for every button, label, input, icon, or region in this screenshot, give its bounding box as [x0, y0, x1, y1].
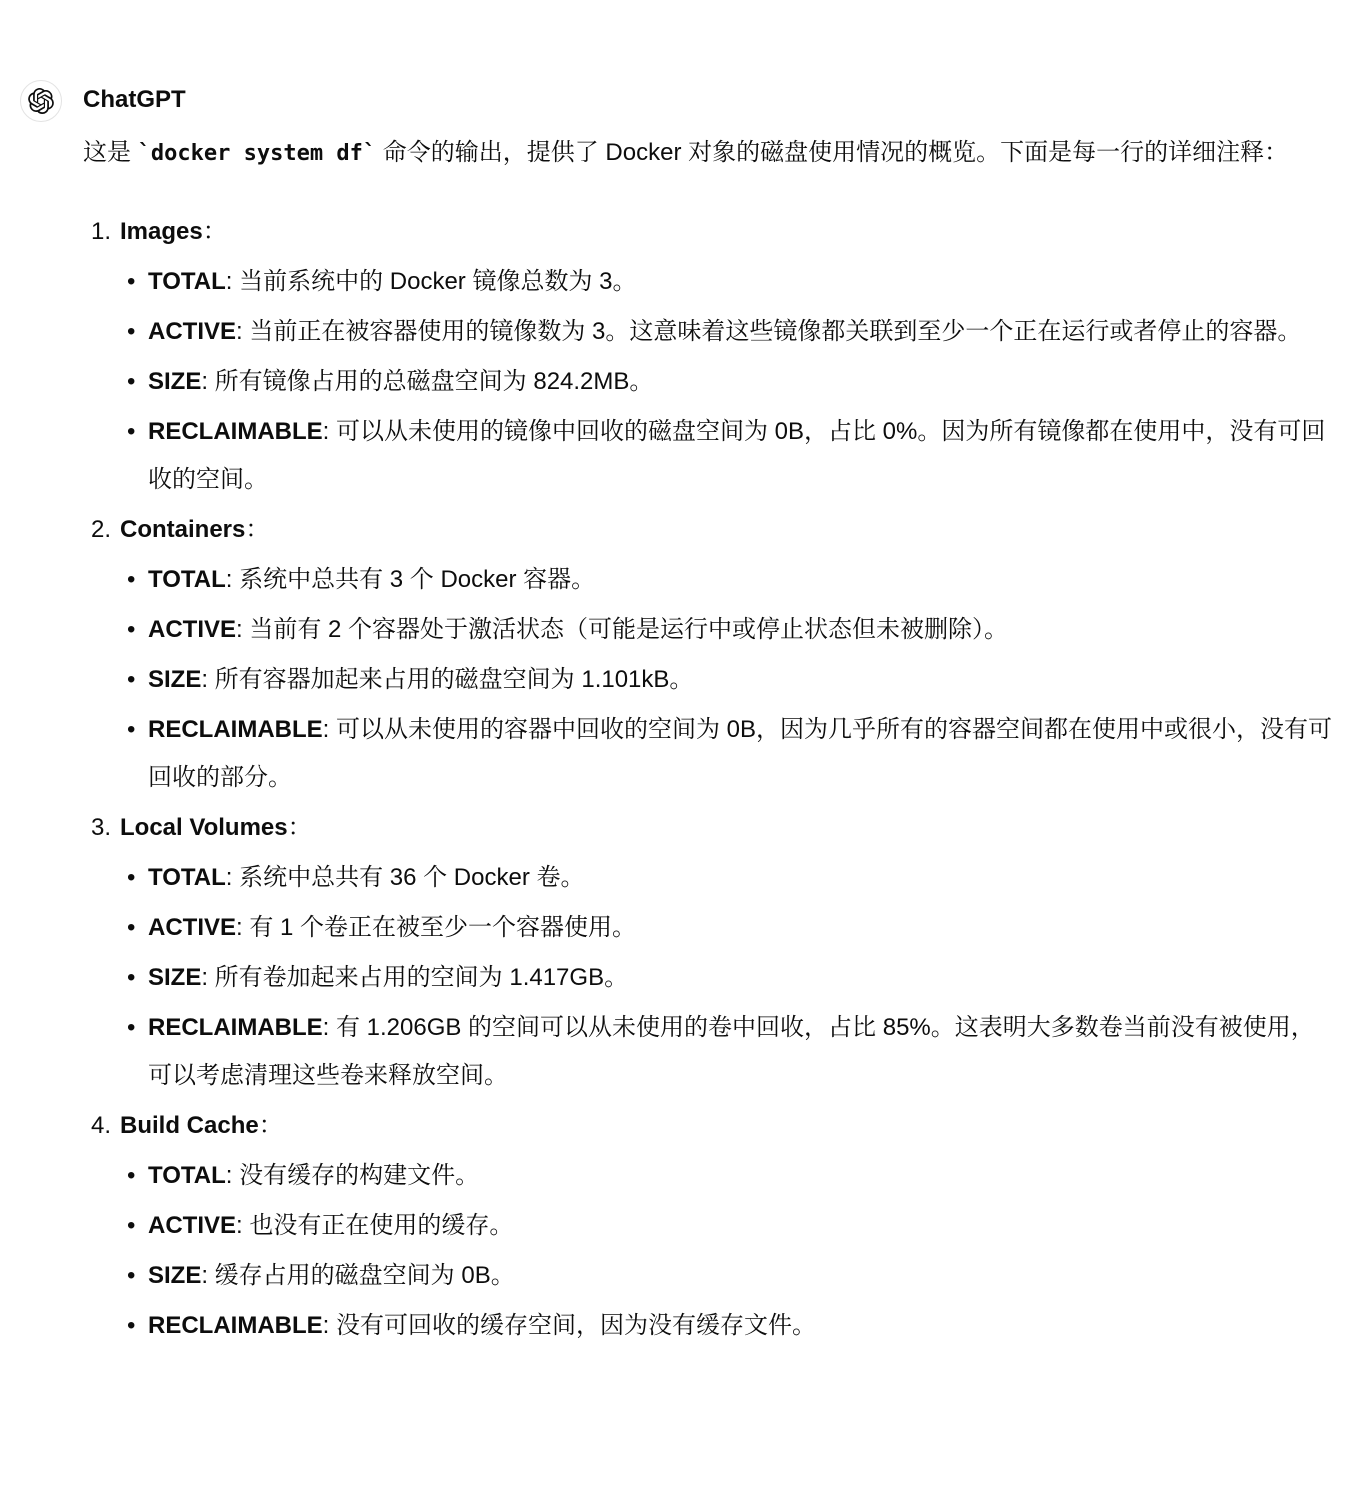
section-head: 4.Build Cache：	[91, 1102, 1335, 1150]
message-body: ChatGPT 这是 `docker system df` 命令的输出，提供了 …	[83, 80, 1335, 1352]
item-desc: : 可以从未使用的容器中回收的空间为 0B，因为几乎所有的容器空间都在使用中或很…	[148, 716, 1332, 791]
section-head: 2.Containers：	[91, 506, 1335, 554]
section-containers: 2.Containers： •TOTAL: 系统中总共有 3 个 Docker …	[91, 506, 1335, 802]
item-term: ACTIVE	[148, 1212, 236, 1239]
inline-code: `docker system df`	[138, 141, 376, 166]
intro-text-after: 命令的输出，提供了 Docker 对象的磁盘使用情况的概览。下面是每一行的详细注…	[376, 139, 1288, 166]
section-head: 1.Images：	[91, 208, 1335, 256]
section-items: •TOTAL: 当前系统中的 Docker 镜像总数为 3。 •ACTIVE: …	[91, 258, 1335, 504]
list-item: •RECLAIMABLE: 有 1.206GB 的空间可以从未使用的卷中回收，占…	[91, 1004, 1335, 1100]
list-item: •ACTIVE: 当前正在被容器使用的镜像数为 3。这意味着这些镜像都关联到至少…	[91, 308, 1335, 356]
list-item: •RECLAIMABLE: 可以从未使用的镜像中回收的磁盘空间为 0B，占比 0…	[91, 408, 1335, 504]
sections-list: 1.Images： •TOTAL: 当前系统中的 Docker 镜像总数为 3。…	[83, 208, 1335, 1350]
section-title: Local Volumes	[120, 814, 288, 841]
bullet-icon: •	[127, 706, 135, 754]
list-item: •ACTIVE: 有 1 个卷正在被至少一个容器使用。	[91, 904, 1335, 952]
item-desc: : 没有缓存的构建文件。	[226, 1162, 479, 1189]
item-desc: : 系统中总共有 36 个 Docker 卷。	[226, 864, 585, 891]
section-head: 3.Local Volumes：	[91, 804, 1335, 852]
bullet-icon: •	[127, 258, 135, 306]
item-desc: : 所有容器加起来占用的磁盘空间为 1.101kB。	[201, 666, 693, 693]
item-desc: : 有 1.206GB 的空间可以从未使用的卷中回收，占比 85%。这表明大多数…	[148, 1014, 1315, 1089]
list-item: •RECLAIMABLE: 没有可回收的缓存空间，因为没有缓存文件。	[91, 1302, 1335, 1350]
section-build-cache: 4.Build Cache： •TOTAL: 没有缓存的构建文件。 •ACTIV…	[91, 1102, 1335, 1350]
section-number: 3.	[91, 804, 111, 852]
item-term: RECLAIMABLE	[148, 1014, 323, 1041]
item-term: TOTAL	[148, 268, 226, 295]
bullet-icon: •	[127, 854, 135, 902]
section-title: Containers	[120, 516, 245, 543]
section-colon: ：	[259, 1112, 283, 1139]
section-number: 2.	[91, 506, 111, 554]
section-number: 1.	[91, 208, 111, 256]
list-item: •SIZE: 缓存占用的磁盘空间为 0B。	[91, 1252, 1335, 1300]
bullet-icon: •	[127, 358, 135, 406]
bullet-icon: •	[127, 1152, 135, 1200]
item-desc: : 当前系统中的 Docker 镜像总数为 3。	[226, 268, 637, 295]
intro-paragraph: 这是 `docker system df` 命令的输出，提供了 Docker 对…	[83, 129, 1335, 178]
item-term: RECLAIMABLE	[148, 716, 323, 743]
section-items: •TOTAL: 系统中总共有 36 个 Docker 卷。 •ACTIVE: 有…	[91, 854, 1335, 1100]
section-images: 1.Images： •TOTAL: 当前系统中的 Docker 镜像总数为 3。…	[91, 208, 1335, 504]
list-item: •SIZE: 所有卷加起来占用的空间为 1.417GB。	[91, 954, 1335, 1002]
list-item: •TOTAL: 系统中总共有 36 个 Docker 卷。	[91, 854, 1335, 902]
bullet-icon: •	[127, 408, 135, 456]
bullet-icon: •	[127, 556, 135, 604]
item-term: RECLAIMABLE	[148, 418, 323, 445]
section-colon: ：	[203, 218, 227, 245]
item-desc: : 当前有 2 个容器处于激活状态（可能是运行中或停止状态但未被删除）。	[236, 616, 1008, 643]
chatgpt-avatar	[20, 80, 62, 122]
openai-logo-icon	[28, 88, 54, 114]
bullet-icon: •	[127, 904, 135, 952]
list-item: •TOTAL: 系统中总共有 3 个 Docker 容器。	[91, 556, 1335, 604]
list-item: •RECLAIMABLE: 可以从未使用的容器中回收的空间为 0B，因为几乎所有…	[91, 706, 1335, 802]
bullet-icon: •	[127, 1004, 135, 1052]
bullet-icon: •	[127, 954, 135, 1002]
item-term: TOTAL	[148, 566, 226, 593]
item-desc: : 系统中总共有 3 个 Docker 容器。	[226, 566, 595, 593]
item-desc: : 也没有正在使用的缓存。	[236, 1212, 513, 1239]
section-title: Images	[120, 218, 203, 245]
item-desc: : 有 1 个卷正在被至少一个容器使用。	[236, 914, 636, 941]
list-item: •ACTIVE: 也没有正在使用的缓存。	[91, 1202, 1335, 1250]
bullet-icon: •	[127, 1252, 135, 1300]
intro-text-before: 这是	[83, 139, 138, 166]
list-item: •TOTAL: 没有缓存的构建文件。	[91, 1152, 1335, 1200]
assistant-message: ChatGPT 这是 `docker system df` 命令的输出，提供了 …	[0, 0, 1345, 1352]
list-item: •SIZE: 所有镜像占用的总磁盘空间为 824.2MB。	[91, 358, 1335, 406]
bullet-icon: •	[127, 1302, 135, 1350]
item-desc: : 所有卷加起来占用的空间为 1.417GB。	[201, 964, 628, 991]
section-items: •TOTAL: 没有缓存的构建文件。 •ACTIVE: 也没有正在使用的缓存。 …	[91, 1152, 1335, 1350]
item-term: TOTAL	[148, 1162, 226, 1189]
item-desc: : 可以从未使用的镜像中回收的磁盘空间为 0B，占比 0%。因为所有镜像都在使用…	[148, 418, 1325, 493]
list-item: •SIZE: 所有容器加起来占用的磁盘空间为 1.101kB。	[91, 656, 1335, 704]
list-item: •ACTIVE: 当前有 2 个容器处于激活状态（可能是运行中或停止状态但未被删…	[91, 606, 1335, 654]
item-term: ACTIVE	[148, 914, 236, 941]
list-item: •TOTAL: 当前系统中的 Docker 镜像总数为 3。	[91, 258, 1335, 306]
bullet-icon: •	[127, 606, 135, 654]
item-term: RECLAIMABLE	[148, 1312, 323, 1339]
section-number: 4.	[91, 1102, 111, 1150]
item-desc: : 所有镜像占用的总磁盘空间为 824.2MB。	[201, 368, 653, 395]
bullet-icon: •	[127, 308, 135, 356]
item-term: SIZE	[148, 964, 201, 991]
item-term: SIZE	[148, 666, 201, 693]
bullet-icon: •	[127, 656, 135, 704]
item-term: SIZE	[148, 1262, 201, 1289]
section-items: •TOTAL: 系统中总共有 3 个 Docker 容器。 •ACTIVE: 当…	[91, 556, 1335, 802]
item-term: ACTIVE	[148, 318, 236, 345]
item-term: TOTAL	[148, 864, 226, 891]
item-desc: : 当前正在被容器使用的镜像数为 3。这意味着这些镜像都关联到至少一个正在运行或…	[236, 318, 1301, 345]
section-colon: ：	[288, 814, 312, 841]
item-term: ACTIVE	[148, 616, 236, 643]
bullet-icon: •	[127, 1202, 135, 1250]
section-title: Build Cache	[120, 1112, 259, 1139]
item-term: SIZE	[148, 368, 201, 395]
section-colon: ：	[245, 516, 269, 543]
item-desc: : 没有可回收的缓存空间，因为没有缓存文件。	[323, 1312, 816, 1339]
item-desc: : 缓存占用的磁盘空间为 0B。	[201, 1262, 514, 1289]
sender-name: ChatGPT	[83, 80, 1335, 115]
section-local-volumes: 3.Local Volumes： •TOTAL: 系统中总共有 36 个 Doc…	[91, 804, 1335, 1100]
